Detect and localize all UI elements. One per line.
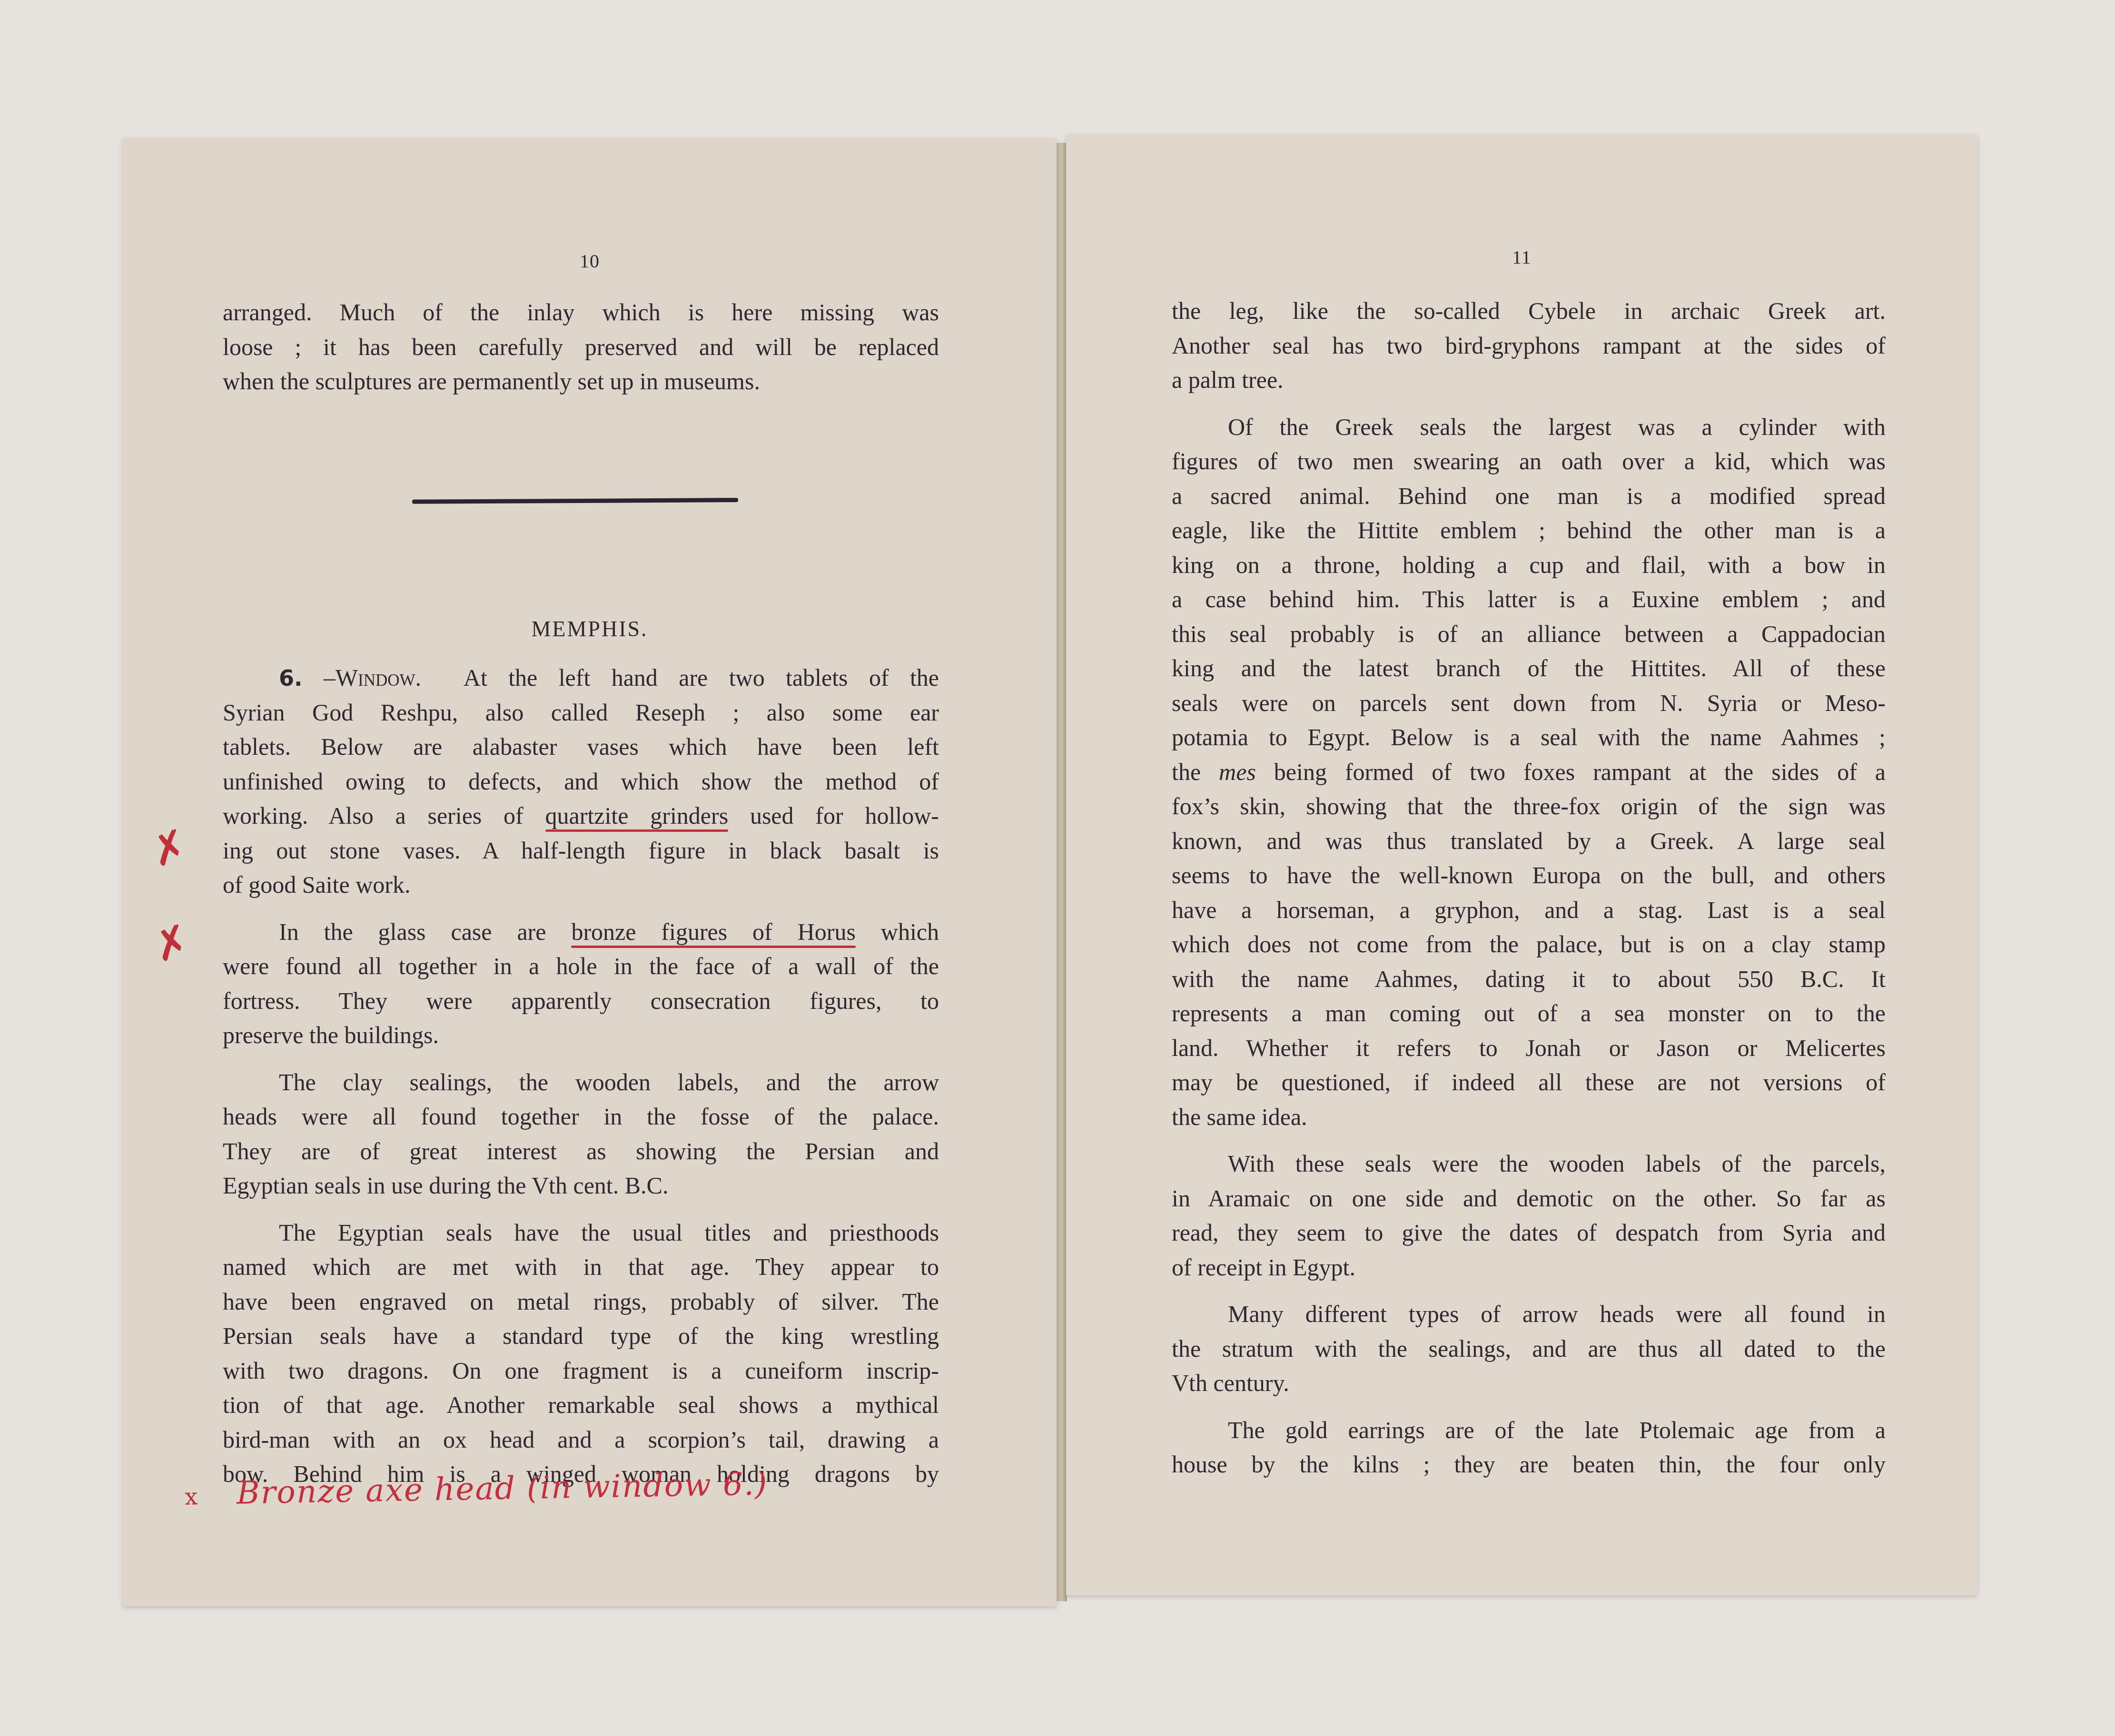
text-line: Egyptian seals in use during the Vth cen… xyxy=(223,1168,939,1203)
text-line: known, and was thus translated by a Gree… xyxy=(1172,824,1886,858)
red-margin-cross-icon: ✗ xyxy=(147,914,197,973)
page-number: 10 xyxy=(123,250,1057,272)
text-line: They are of great interest as showing th… xyxy=(223,1134,939,1169)
text-line: have been engraved on metal rings, proba… xyxy=(223,1284,939,1319)
text-line: The Egyptian seals have the usual titles… xyxy=(223,1215,939,1250)
text-line: read, they seem to give the dates of des… xyxy=(1172,1215,1886,1250)
body-text: the leg, like the so-called Cybele in ar… xyxy=(1172,294,1886,1482)
text-line-annotated: In the glass case are bronze figures of … xyxy=(223,915,939,949)
entry-number: 6. xyxy=(279,665,302,691)
text-line: loose ; it has been carefully preserved … xyxy=(223,330,939,365)
text-line: Vth century. xyxy=(1172,1366,1886,1401)
text-line: the same idea. xyxy=(1172,1100,1886,1134)
text-line: Syrian God Reshpu, also called Reseph ; … xyxy=(223,695,939,730)
text-line: of good Saite work. xyxy=(223,868,939,902)
text-line: preserve the buildings. xyxy=(223,1018,939,1053)
section-divider xyxy=(412,498,738,504)
text-line: figures of two men swearing an oath over… xyxy=(1172,444,1886,479)
text-line: heads were all found together in the fos… xyxy=(223,1099,939,1134)
text-line: seals were on parcels sent down from N. … xyxy=(1172,686,1886,720)
text-line: Another seal has two bird-gryphons rampa… xyxy=(1172,328,1886,363)
text-line: a sacred animal. Behind one man is a mod… xyxy=(1172,479,1886,513)
text-line: ing out stone vases. A half-length figur… xyxy=(223,833,939,868)
text-line: arranged. Much of the inlay which is her… xyxy=(223,295,939,330)
text-line: Many different types of arrow heads were… xyxy=(1172,1297,1886,1332)
continuation-text: arranged. Much of the inlay which is her… xyxy=(223,295,939,399)
body-text: 6. –Window. At the left hand are two tab… xyxy=(223,661,939,1491)
text-line: Of the Greek seals the largest was a cyl… xyxy=(1172,410,1886,444)
text-line: may be questioned, if indeed all these a… xyxy=(1172,1065,1886,1100)
text-line: eagle, like the Hittite emblem ; behind … xyxy=(1172,513,1886,548)
text-line: a palm tree. xyxy=(1172,363,1886,397)
handwritten-x-icon: x xyxy=(185,1483,199,1510)
text-line: were found all together in a hole in the… xyxy=(223,949,939,984)
text-line: The clay sealings, the wooden labels, an… xyxy=(223,1065,939,1100)
italic-mes: mes xyxy=(1219,759,1256,785)
text-line: in Aramaic on one side and demotic on th… xyxy=(1172,1181,1886,1216)
text-line: with two dragons. On one fragment is a c… xyxy=(223,1353,939,1388)
text-line: seems to have the well-known Europa on t… xyxy=(1172,858,1886,893)
text-line: potamia to Egypt. Below is a seal with t… xyxy=(1172,720,1886,755)
text-line: a case behind him. This latter is a Euxi… xyxy=(1172,582,1886,617)
left-page: 10 arranged. Much of the inlay which is … xyxy=(123,138,1057,1606)
entry-title: Window. xyxy=(336,664,421,691)
red-underline-bronze-figures: bronze figures of Horus xyxy=(571,918,856,945)
text-line-annotated: working. Also a series of quartzite grin… xyxy=(223,799,939,833)
book-spine xyxy=(1057,143,1067,1601)
text-line: the mes being formed of two foxes rampan… xyxy=(1172,755,1886,789)
text-line: king and the latest branch of the Hittit… xyxy=(1172,651,1886,686)
text-line: house by the kilns ; they are beaten thi… xyxy=(1172,1447,1886,1482)
red-margin-cross-icon: ✗ xyxy=(145,819,194,878)
text-line: have a horseman, a gryphon, and a stag. … xyxy=(1172,893,1886,927)
text-line: this seal probably is of an alliance bet… xyxy=(1172,617,1886,651)
text-line: when the sculptures are permanently set … xyxy=(223,364,939,399)
text-line: king on a throne, holding a cup and flai… xyxy=(1172,548,1886,582)
text-line: With these seals were the wooden labels … xyxy=(1172,1146,1886,1181)
text-line: named which are met with in that age. Th… xyxy=(223,1250,939,1284)
text-line: land. Whether it refers to Jonah or Jaso… xyxy=(1172,1031,1886,1065)
text-line: of receipt in Egypt. xyxy=(1172,1250,1886,1285)
section-heading: MEMPHIS. xyxy=(123,616,1057,641)
text-line: Persian seals have a standard type of th… xyxy=(223,1319,939,1353)
text-line: bird-man with an ox head and a scorpion’… xyxy=(223,1422,939,1457)
entry-first-line: 6. –Window. At the left hand are two tab… xyxy=(223,661,939,695)
text-line: tion of that age. Another remarkable sea… xyxy=(223,1388,939,1422)
text-line: unfinished owing to defects, and which s… xyxy=(223,764,939,799)
text-line: fox’s skin, showing that the three-fox o… xyxy=(1172,789,1886,824)
red-underline-quartzite-grinders: quartzite grinders xyxy=(545,802,729,829)
text-line: represents a man coming out of a sea mon… xyxy=(1172,996,1886,1031)
page-number: 11 xyxy=(1066,246,1977,268)
text-line: with the name Aahmes, dating it to about… xyxy=(1172,962,1886,996)
text-line: which does not come from the palace, but… xyxy=(1172,927,1886,962)
text-line: The gold earrings are of the late Ptolem… xyxy=(1172,1413,1886,1448)
text-line: the leg, like the so-called Cybele in ar… xyxy=(1172,294,1886,328)
text-line: the stratum with the sealings, and are t… xyxy=(1172,1332,1886,1366)
right-page: 11 the leg, like the so-called Cybele in… xyxy=(1066,134,1977,1595)
text-line: tablets. Below are alabaster vases which… xyxy=(223,730,939,764)
text-line: fortress. They were apparently consecrat… xyxy=(223,984,939,1018)
